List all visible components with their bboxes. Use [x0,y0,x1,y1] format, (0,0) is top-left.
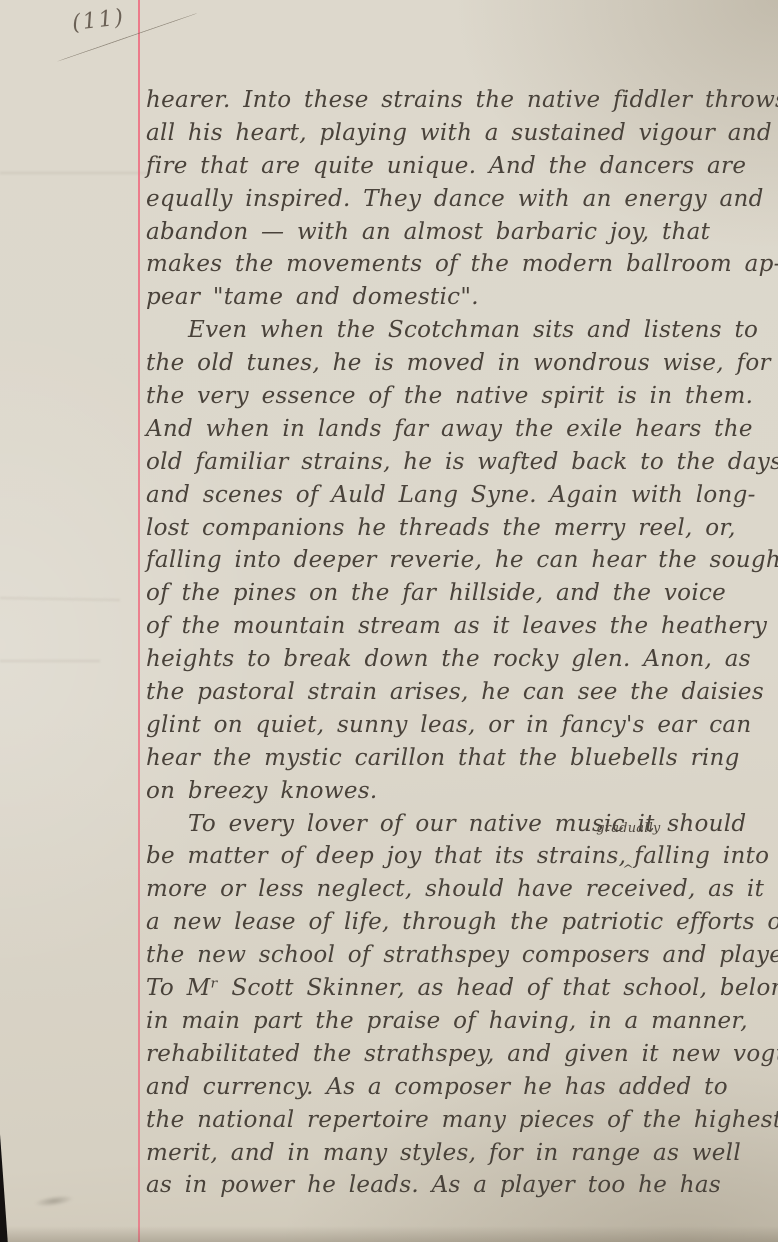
manuscript-line: of the pines on the far hillside, and th… [146,577,772,610]
pencil-smudge [33,1193,74,1208]
paper-crease [0,172,150,174]
manuscript-line: falling into deeper reverie, he can hear… [146,544,772,577]
manuscript-line: pear "tame and domestic". [146,281,772,314]
manuscript-line: the national repertoire many pieces of t… [146,1104,772,1137]
manuscript-line: abandon — with an almost barbaric joy, t… [146,216,772,249]
insertion-caret: ^ [622,857,634,883]
manuscript-line: old familiar strains, he is wafted back … [146,446,772,479]
paper-bottom-edge-shadow [0,1226,778,1242]
manuscript-line: And when in lands far away the exile hea… [146,413,772,446]
manuscript-line-with-insertion: be matter of deep joy that its strains,g… [146,840,772,873]
manuscript-line: rehabilitated the strathspey, and given … [146,1038,772,1071]
manuscript-line: more or less neglect, should have receiv… [146,873,772,906]
manuscript-page-scene: (11) hearer. Into these strains the nati… [0,0,778,1242]
manuscript-line: glint on quiet, sunny leas, or in fancy'… [146,709,772,742]
manuscript-line: lost companions he threads the merry ree… [146,512,772,545]
manuscript-line: and currency. As a composer he has added… [146,1071,772,1104]
manuscript-line: merit, and in many styles, for in range … [146,1137,772,1170]
interlinear-insertion: gradually^ [626,840,634,863]
manuscript-line: of the mountain stream as it leaves the … [146,610,772,643]
paper-sheet: (11) hearer. Into these strains the nati… [0,0,778,1242]
inserted-word: gradually [596,813,660,846]
paper-crease [0,597,120,601]
manuscript-line: and scenes of Auld Lang Syne. Again with… [146,479,772,512]
manuscript-line: on breezy knowes. [146,775,772,808]
manuscript-line: equally inspired. They dance with an ene… [146,183,772,216]
manuscript-line: all his heart, playing with a sustained … [146,117,772,150]
manuscript-line: the very essence of the native spirit is… [146,380,772,413]
manuscript-line: To every lover of our native music it sh… [146,808,772,841]
manuscript-line: the pastoral strain arises, he can see t… [146,676,772,709]
manuscript-line: in main part the praise of having, in a … [146,1005,772,1038]
paper-crease [0,660,100,662]
manuscript-line: makes the movements of the modern ballro… [146,248,772,281]
manuscript-text: hearer. Into these strains the native fi… [146,84,772,1202]
page-number: (11) [71,5,127,36]
manuscript-line: Even when the Scotchman sits and listens… [146,314,772,347]
manuscript-line: hearer. Into these strains the native fi… [146,84,772,117]
line-text-after: falling into [634,843,769,869]
manuscript-line: fire that are quite unique. And the danc… [146,150,772,183]
manuscript-line: heights to break down the rocky glen. An… [146,643,772,676]
line-text-before: be matter of deep joy that its strains, [146,843,626,869]
manuscript-line: the new school of strathspey composers a… [146,939,772,972]
margin-rule-line [138,0,140,1242]
manuscript-line: a new lease of life, through the patriot… [146,906,772,939]
manuscript-line: hear the mystic carillon that the bluebe… [146,742,772,775]
manuscript-line: as in power he leads. As a player too he… [146,1169,772,1202]
manuscript-line: To Mʳ Scott Skinner, as head of that sch… [146,972,772,1005]
manuscript-line: the old tunes, he is moved in wondrous w… [146,347,772,380]
